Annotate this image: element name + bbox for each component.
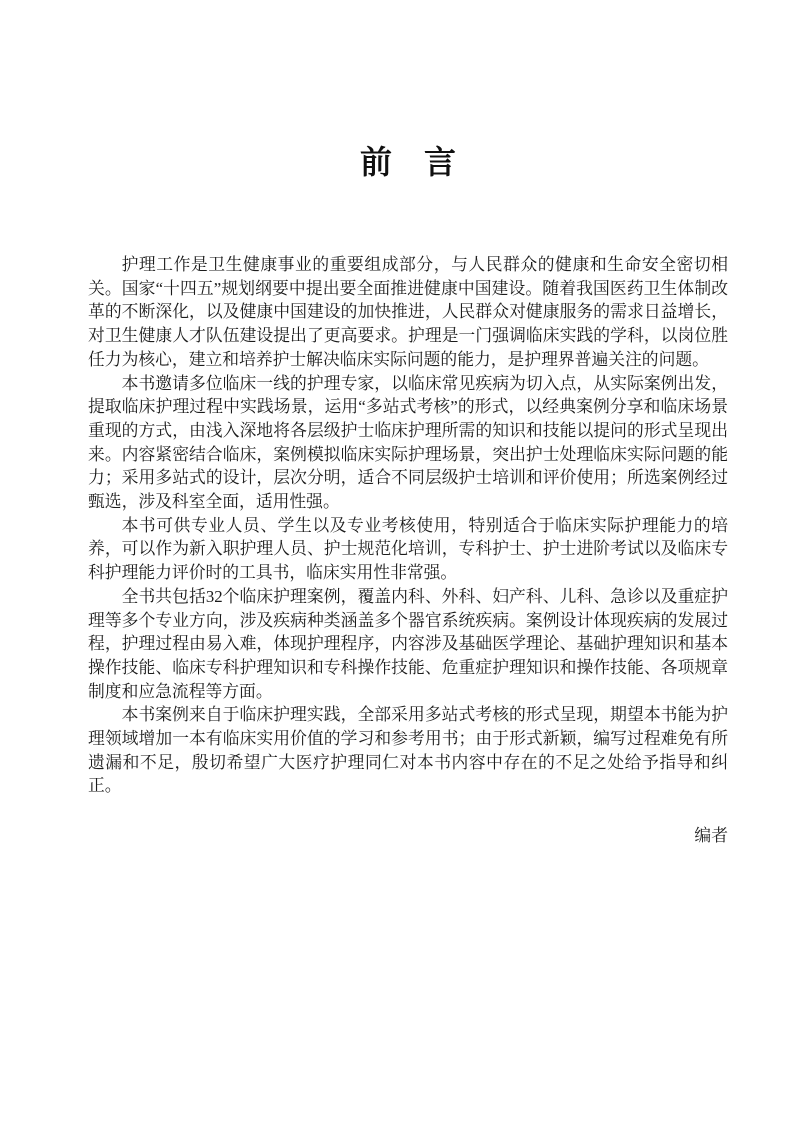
preface-paragraph-2: 本书邀请多位临床一线的护理专家，以临床常见疾病为切入点，从实际案例出发，提取临床… [88, 372, 728, 514]
preface-paragraph-1: 护理工作是卫生健康事业的重要组成部分，与人民群众的健康和生命安全密切相关。国家“… [88, 253, 728, 372]
preface-body: 护理工作是卫生健康事业的重要组成部分，与人民群众的健康和生命安全密切相关。国家“… [88, 253, 728, 798]
preface-paragraph-4: 全书共包括32个临床护理案例，覆盖内科、外科、妇产科、儿科、急诊以及重症护理等多… [88, 585, 728, 704]
author-signature: 编者 [88, 824, 728, 848]
preface-page: 前 言 护理工作是卫生健康事业的重要组成部分，与人民群众的健康和生命安全密切相关… [0, 0, 800, 1121]
page-title: 前 言 [88, 146, 728, 178]
preface-paragraph-3: 本书可供专业人员、学生以及专业考核使用，特别适合于临床实际护理能力的培养，可以作… [88, 514, 728, 585]
preface-paragraph-5: 本书案例来自于临床护理实践，全部采用多站式考核的形式呈现，期望本书能为护理领域增… [88, 703, 728, 798]
